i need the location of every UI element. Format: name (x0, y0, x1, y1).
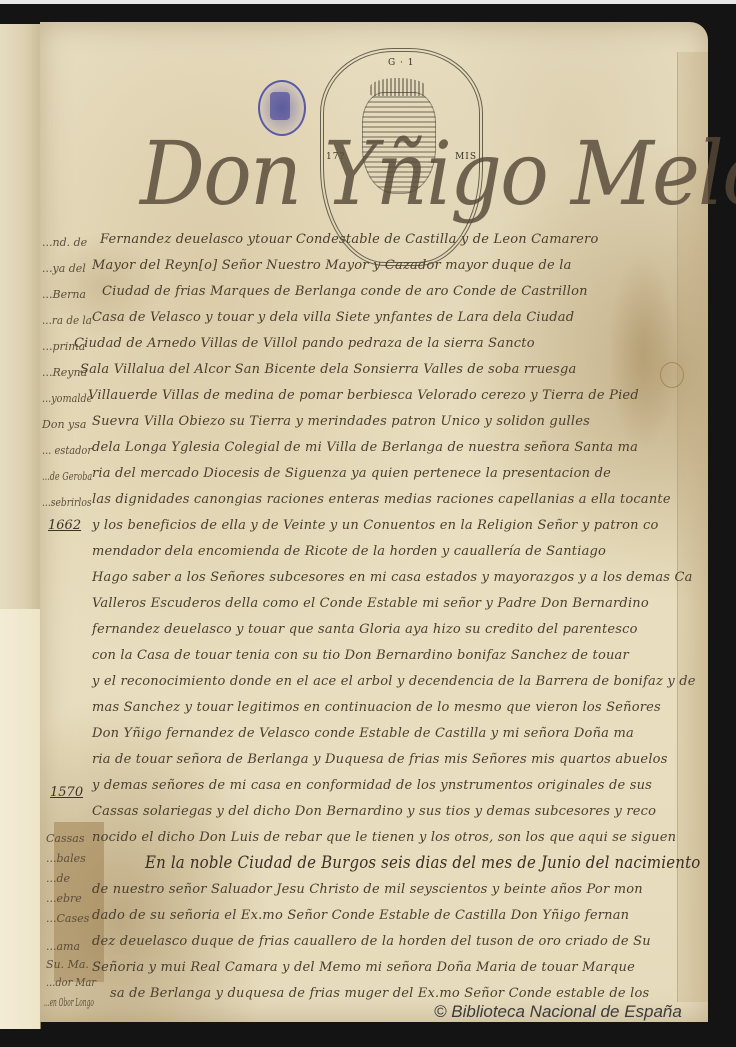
text-line: Sala Villalua del Alcor San Bicente dela… (80, 362, 577, 377)
text-line: dado de su señoria el Ex.mo Señor Conde … (92, 908, 629, 923)
margin-note: ...ya del (42, 262, 86, 275)
ring-stain (660, 362, 684, 388)
text-line: Ciudad de frias Marques de Berlanga cond… (102, 284, 588, 299)
text-line: y demas señores de mi casa en conformida… (92, 778, 652, 793)
margin-note: ...ebre (46, 892, 82, 905)
seal-top-text: G · 1 (388, 58, 415, 68)
text-line: ria del mercado Diocesis de Siguenza ya … (92, 466, 611, 481)
margin-note: ...de Geroba (42, 470, 92, 483)
text-line: nocido el dicho Don Luis de rebar que le… (92, 830, 676, 845)
text-line: fernandez deuelasco y touar que santa Gl… (92, 622, 638, 637)
text-line: Fernandez deuelasco ytouar Condestable d… (100, 232, 599, 247)
text-line: Suevra Villa Obiezo su Tierra y merindad… (92, 414, 590, 429)
margin-note: ...yomalde (42, 392, 92, 405)
margin-note: ... estador (42, 444, 92, 457)
text-line: y el reconocimiento donde en el ace el a… (92, 674, 696, 689)
margin-year: 1570 (50, 785, 83, 800)
text-line: Hago saber a los Señores subcesores en m… (92, 570, 693, 585)
text-line: Ciudad de Arnedo Villas de Villol pando … (74, 336, 535, 351)
margin-year: 1662 (48, 518, 81, 533)
text-line: dez deuelasco duque de frias cauallero d… (92, 934, 651, 949)
copyright-watermark: © Biblioteca Nacional de España (434, 1002, 682, 1022)
previous-leaf-lower (0, 609, 40, 1029)
text-line: Casa de Velasco y touar y dela villa Sie… (92, 310, 574, 325)
text-line: las dignidades canongias raciones entera… (92, 492, 671, 507)
text-line: sa de Berlanga y duquesa de frias muger … (110, 986, 649, 1001)
margin-note: Don ysa (42, 418, 86, 431)
text-line: Cassas solariegas y del dicho Don Bernar… (92, 804, 656, 819)
margin-note: ...Berna (42, 288, 86, 301)
text-line: de nuestro señor Saluador Jesu Christo d… (92, 882, 643, 897)
margin-note: ...de (46, 872, 70, 885)
text-line: con la Casa de touar tenia con su tio Do… (92, 648, 629, 663)
text-line: y los beneficios de ella y de Veinte y u… (92, 518, 659, 533)
margin-note: ...bales (46, 852, 86, 865)
margin-note: ...nd. de (42, 236, 87, 249)
water-stain (608, 252, 678, 452)
margin-note: ...Cases (46, 912, 89, 925)
margin-note: ...sebrirlos (42, 496, 92, 509)
text-line-paragraph-start: En la noble Ciudad de Burgos seis dias d… (145, 853, 700, 873)
text-line: Señoria y mui Real Camara y del Memo mi … (92, 960, 635, 975)
text-line: Don Yñigo fernandez de Velasco conde Est… (92, 726, 634, 741)
margin-note: Cassas (46, 832, 84, 845)
margin-note: ...dor Mar (46, 976, 96, 989)
text-line: Villauerde Villas de medina de pomar ber… (88, 388, 639, 403)
text-line: dela Longa Yglesia Colegial de mi Villa … (92, 440, 638, 455)
text-line: mendador dela encomienda de Ricote de la… (92, 544, 606, 559)
previous-leaf-edge (0, 24, 41, 1029)
margin-note: ...prima (42, 340, 85, 353)
margin-note: ...ra de la (42, 314, 92, 327)
margin-note: Su. Ma. (46, 958, 89, 971)
text-line: Valleros Escuderos della como el Conde E… (92, 596, 649, 611)
text-line: Mayor del Reyn[o] Señor Nuestro Mayor y … (92, 258, 572, 273)
text-line: ria de touar señora de Berlanga y Duques… (92, 752, 668, 767)
margin-note: ...Reyna (42, 366, 87, 379)
stamp-crest (270, 92, 290, 120)
margin-note: ...en Obor Longo (44, 996, 94, 1009)
text-line: mas Sanchez y touar legitimos en continu… (92, 700, 661, 715)
document-heading: Don Yñigo Melcho (140, 122, 736, 225)
margin-note: ...ama (46, 940, 80, 953)
